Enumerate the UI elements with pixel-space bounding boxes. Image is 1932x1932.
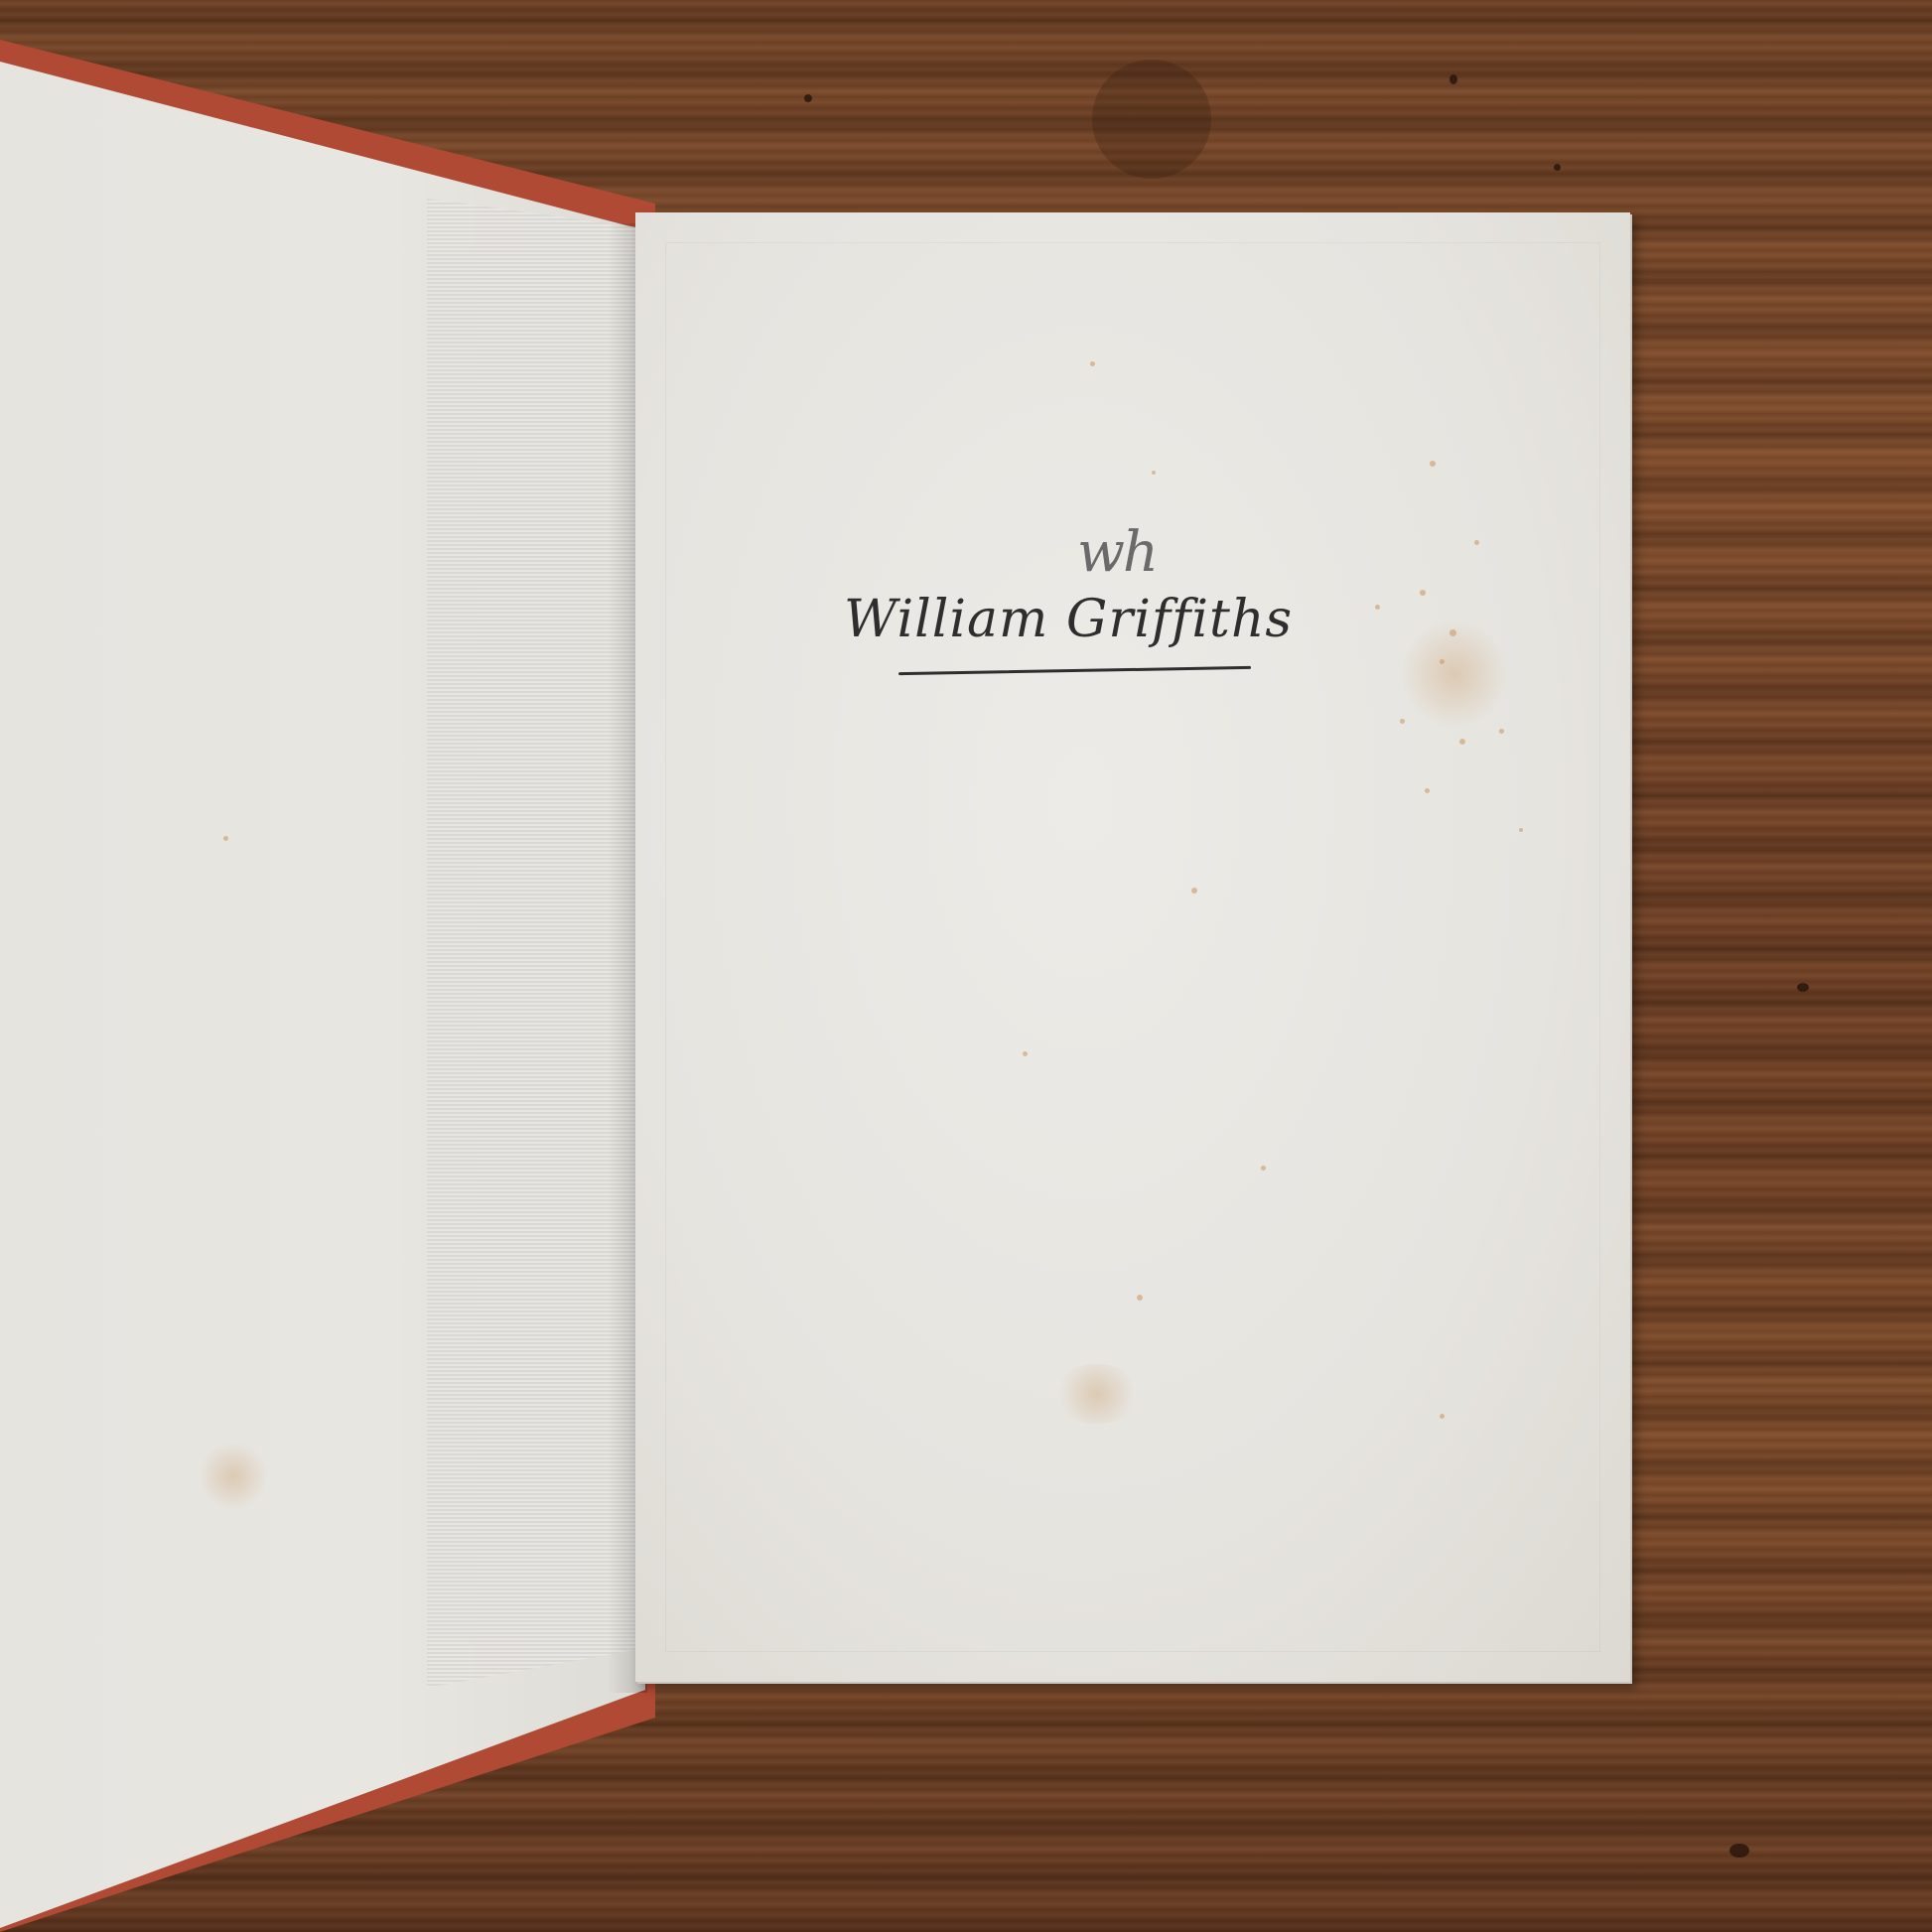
foxing-stain bbox=[199, 1442, 268, 1511]
page-border bbox=[665, 242, 1600, 1652]
foxing-spot bbox=[1499, 729, 1504, 734]
foxing-spot bbox=[1400, 719, 1405, 724]
foxing-spot bbox=[1023, 1051, 1028, 1056]
inscription-signature: William Griffiths bbox=[844, 590, 1293, 649]
ownership-inscription: wh William Griffiths bbox=[844, 520, 1400, 699]
foxing-stain bbox=[1052, 1364, 1142, 1424]
flyleaf-page: wh William Griffiths bbox=[635, 212, 1630, 1682]
wood-knot bbox=[1554, 164, 1561, 171]
foxing-spot bbox=[1090, 361, 1095, 366]
wood-knot bbox=[1092, 60, 1211, 179]
wood-knot bbox=[1797, 983, 1809, 992]
foxing-spot bbox=[1519, 828, 1523, 832]
foxing-spot bbox=[1137, 1295, 1143, 1301]
foxing-spot bbox=[223, 836, 228, 841]
foxing-spot bbox=[1191, 888, 1197, 894]
wood-knot bbox=[804, 94, 812, 102]
foxing-spot bbox=[1420, 590, 1426, 596]
foxing-spot bbox=[1459, 739, 1465, 745]
foxing-spot bbox=[1474, 540, 1479, 545]
foxing-spot bbox=[1425, 788, 1430, 793]
signature-underline bbox=[898, 666, 1251, 675]
foxing-spot bbox=[1430, 461, 1436, 467]
foxing-spot bbox=[1261, 1166, 1266, 1171]
inscription-initials: wh bbox=[1077, 520, 1157, 585]
foxing-spot bbox=[1152, 471, 1156, 475]
foxing-spot bbox=[1440, 1414, 1445, 1419]
wood-knot bbox=[1729, 1844, 1749, 1858]
foxing-stain bbox=[1400, 620, 1509, 729]
wood-knot bbox=[1449, 74, 1457, 84]
